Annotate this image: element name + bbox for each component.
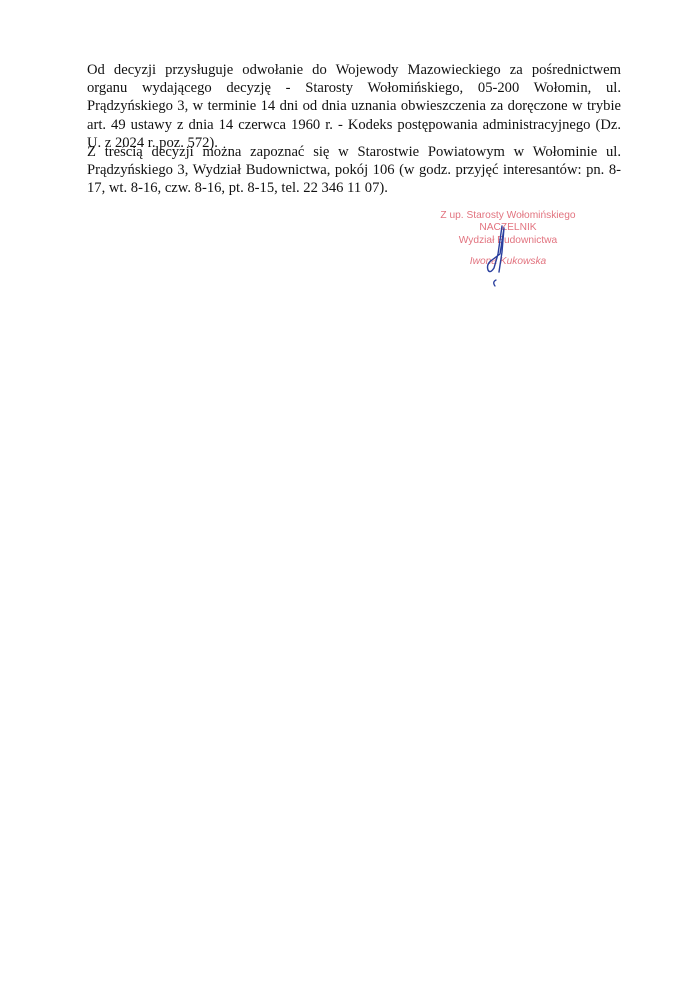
stamp-authorization-line: Z up. Starosty Wołomińskiego — [418, 210, 598, 222]
handwritten-signature-icon — [480, 224, 520, 288]
appeal-paragraph: Od decyzji przysługuje odwołanie do Woje… — [87, 61, 621, 152]
inspection-info-paragraph: Z treścią decyzji można zapoznać się w S… — [87, 143, 621, 198]
document-page: Od decyzji przysługuje odwołanie do Woje… — [0, 0, 700, 990]
